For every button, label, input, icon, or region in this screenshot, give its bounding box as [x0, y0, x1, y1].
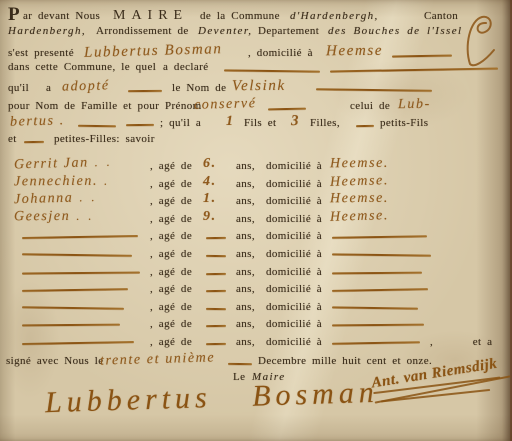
blank-name-dash — [22, 235, 138, 239]
print-departement: Departement — [258, 25, 319, 37]
row-label-age: , agé de — [150, 283, 192, 295]
print-quil-a: ; qu'il a — [160, 117, 201, 129]
print-date-year: Decembre mille huit cent et onze. — [258, 355, 432, 367]
print-petits-fils: petits-Fils — [380, 117, 428, 129]
dropcap-letter: P — [8, 4, 20, 26]
child-place-handwritten: Heemse. — [330, 208, 389, 226]
child-row-5: , agé deans,domicilié à — [0, 227, 512, 245]
print-domicilie-a: , domicilié à — [248, 47, 313, 59]
forename-part2-handwritten: bertus . — [10, 113, 65, 131]
handwritten-dash — [392, 54, 452, 57]
handwritten-filler-dots: . — [98, 173, 110, 187]
print-fils-et: Fils et — [244, 117, 277, 129]
row-label-domicile: domicilié à — [266, 318, 322, 330]
handwritten-dash — [126, 124, 154, 126]
form-line-8: et petites-Filles: savoir — [0, 133, 512, 153]
child-row-6: , agé deans,domicilié à — [0, 245, 512, 263]
blank-age-dash — [206, 255, 226, 257]
blank-place-dash — [332, 324, 424, 327]
row-label-domicile: domicilié à — [266, 336, 322, 348]
print-petites-filles-savoir: petites-Filles: savoir — [54, 133, 155, 145]
child-name-handwritten: Gerrit Jan . . — [14, 155, 119, 174]
handwritten-dash — [356, 125, 374, 127]
handwritten-filler-dots: . . — [70, 208, 100, 222]
declarant-place-handwritten: Heemse — [326, 43, 383, 60]
row-label-domicile: domicilié à — [266, 178, 322, 190]
kept-word-handwritten: conservé — [194, 96, 257, 114]
blank-place-dash — [332, 253, 431, 256]
row-label-domicile: domicilié à — [266, 160, 322, 172]
row-label-domicile: domicilié à — [266, 230, 322, 242]
row-label-age: , agé de — [150, 318, 192, 330]
print-de-la-commune: de la Commune — [200, 10, 280, 22]
handwritten-dash — [268, 108, 306, 111]
row-label-domicile: domicilié à — [266, 195, 322, 207]
child-row-9: , agé deans,domicilié à — [0, 298, 512, 316]
row-label-ans: ans, — [236, 178, 255, 190]
adopted-surname-handwritten: Velsink — [232, 78, 286, 95]
blank-name-dash — [22, 324, 120, 327]
print-arr-name: Deventer, — [198, 25, 252, 37]
blank-name-dash — [22, 288, 128, 292]
child-row-10: , agé deans,domicilié à — [0, 315, 512, 333]
print-par-devant: ar devant Nous — [23, 10, 100, 22]
blank-age-dash — [206, 237, 226, 239]
child-age-handwritten: 1. — [203, 191, 217, 207]
row-label-domicile: domicilié à — [266, 266, 322, 278]
blank-place-dash — [332, 271, 422, 274]
blank-place-dash — [332, 341, 420, 345]
handwritten-dash — [330, 68, 498, 73]
child-place-handwritten: Heemse. — [330, 156, 389, 172]
blank-place-dash — [332, 288, 428, 292]
blank-name-dash — [22, 271, 140, 274]
row-label-ans: ans, — [236, 301, 255, 313]
row-label-domicile: domicilié à — [266, 248, 322, 260]
row-label-ans: ans, — [236, 266, 255, 278]
blank-name-dash — [22, 306, 124, 309]
blank-age-dash — [206, 308, 226, 310]
child-name-handwritten: Geesjen . . — [14, 208, 100, 225]
handwritten-dash — [316, 88, 432, 92]
print-le-nom-de: le Nom de — [172, 82, 226, 94]
handwritten-dash — [78, 125, 116, 128]
declarant-name-handwritten: Lubbertus Bosman — [84, 41, 223, 62]
row-label-ans: ans, — [236, 160, 255, 172]
row-label-ans: ans, — [236, 248, 255, 260]
blank-age-dash — [206, 273, 226, 275]
child-row-1: Gerrit Jan . . , agé de6.ans,domicilié à… — [0, 157, 512, 175]
print-a: a — [46, 82, 51, 94]
handwritten-dash — [24, 141, 44, 143]
row-label-ans: ans, — [236, 230, 255, 242]
child-place-handwritten: Heemse. — [330, 173, 389, 191]
print-celui-de: celui de — [350, 100, 390, 112]
child-place-handwritten: Heemse. — [330, 191, 389, 207]
child-row-3: Johanna . . , agé de1.ans,domicilié àHee… — [0, 192, 512, 210]
print-maire-title: MAIRE — [113, 8, 188, 24]
handwritten-dash — [228, 363, 252, 365]
print-signe-avec-nous: signé avec Nous le — [6, 355, 103, 367]
blank-age-dash — [206, 343, 226, 345]
child-age-handwritten: 4. — [203, 174, 217, 190]
print-commune-name: d'Hardenbergh, — [290, 10, 379, 22]
print-dans-cette-commune: dans cette Commune, le quel — [8, 61, 156, 73]
row-label-age: , agé de — [150, 336, 192, 348]
adopted-word-handwritten: adopté — [62, 78, 110, 95]
row-label-ans: ans, — [236, 336, 255, 348]
row-label-domicile: domicilié à — [266, 283, 322, 295]
print-pour-nom-famille: pour Nom de Famille et pour Prénom — [8, 100, 202, 112]
form-line-1: P ar devant Nous MAIRE de la Commune d'H… — [0, 6, 512, 26]
child-name-handwritten: Jennechien. . — [14, 173, 110, 190]
form-line-7: bertus . ; qu'il a 1 Fils et 3 Filles, p… — [0, 114, 512, 134]
sons-count-handwritten: 1 — [226, 114, 235, 130]
print-quil: qu'il — [8, 82, 29, 94]
print-sest-presente: s'est presenté — [8, 47, 74, 59]
child-name-handwritten: Johanna . . — [14, 190, 104, 208]
child-age-handwritten: 9. — [203, 209, 217, 225]
row-label-age: , agé de — [150, 301, 192, 313]
blank-age-dash — [206, 290, 226, 292]
row-label-age: , agé de — [150, 266, 192, 278]
row-label-age: , agé de — [150, 230, 192, 242]
handwritten-dash — [224, 69, 320, 72]
print-dept-name: des Bouches de l'Issel — [328, 25, 462, 37]
row-label-ans: ans, — [236, 283, 255, 295]
print-canton: Canton — [424, 10, 458, 22]
row-label-domicile: domicilié à — [266, 213, 322, 225]
child-row-7: , agé deans,domicilié à — [0, 263, 512, 281]
blank-name-dash — [22, 253, 132, 257]
handwritten-dash — [128, 90, 162, 92]
naming-register-document: P ar devant Nous MAIRE de la Commune d'H… — [0, 0, 512, 441]
row-label-domicile: domicilié à — [266, 301, 322, 313]
blank-name-dash — [22, 341, 134, 345]
row-label-ans: ans, — [236, 195, 255, 207]
row-label-age: , agé de — [150, 160, 192, 172]
handwritten-filler-dots: . . — [73, 190, 103, 205]
form-line-2: Hardenbergh, Arrondissement de Deventer,… — [0, 25, 512, 45]
row-label-ans: ans, — [236, 213, 255, 225]
row-label-age: , agé de — [150, 213, 192, 225]
print-et-a: , et a — [430, 336, 492, 348]
print-a-declare: a declaré — [163, 61, 208, 73]
print-filles: Filles, — [310, 117, 340, 129]
forename-part1-handwritten: Lub- — [398, 97, 431, 113]
child-row-4: Geesjen . . , agé de9.ans,domicilié àHee… — [0, 210, 512, 228]
row-label-age: , agé de — [150, 178, 192, 190]
blank-age-dash — [206, 325, 226, 327]
blank-place-dash — [332, 306, 418, 309]
print-et: et — [8, 133, 17, 145]
row-label-age: , agé de — [150, 195, 192, 207]
blank-place-dash — [332, 236, 427, 240]
child-row-8: , agé deans,domicilié à — [0, 280, 512, 298]
row-label-age: , agé de — [150, 248, 192, 260]
child-row-11: , agé deans,domicilié à, et a — [0, 333, 512, 351]
handwritten-filler-dots: . . — [88, 155, 118, 170]
row-label-ans: ans, — [236, 318, 255, 330]
date-handwritten: trente et unième — [100, 350, 216, 369]
form-line-3: s'est presenté Lubbertus Bosman , domici… — [0, 43, 512, 63]
daughters-count-handwritten: 3 — [291, 113, 301, 130]
child-age-handwritten: 6. — [203, 156, 217, 172]
print-canton-name: Hardenbergh, — [8, 25, 86, 37]
print-arrondissement: Arrondissement de — [96, 25, 189, 37]
